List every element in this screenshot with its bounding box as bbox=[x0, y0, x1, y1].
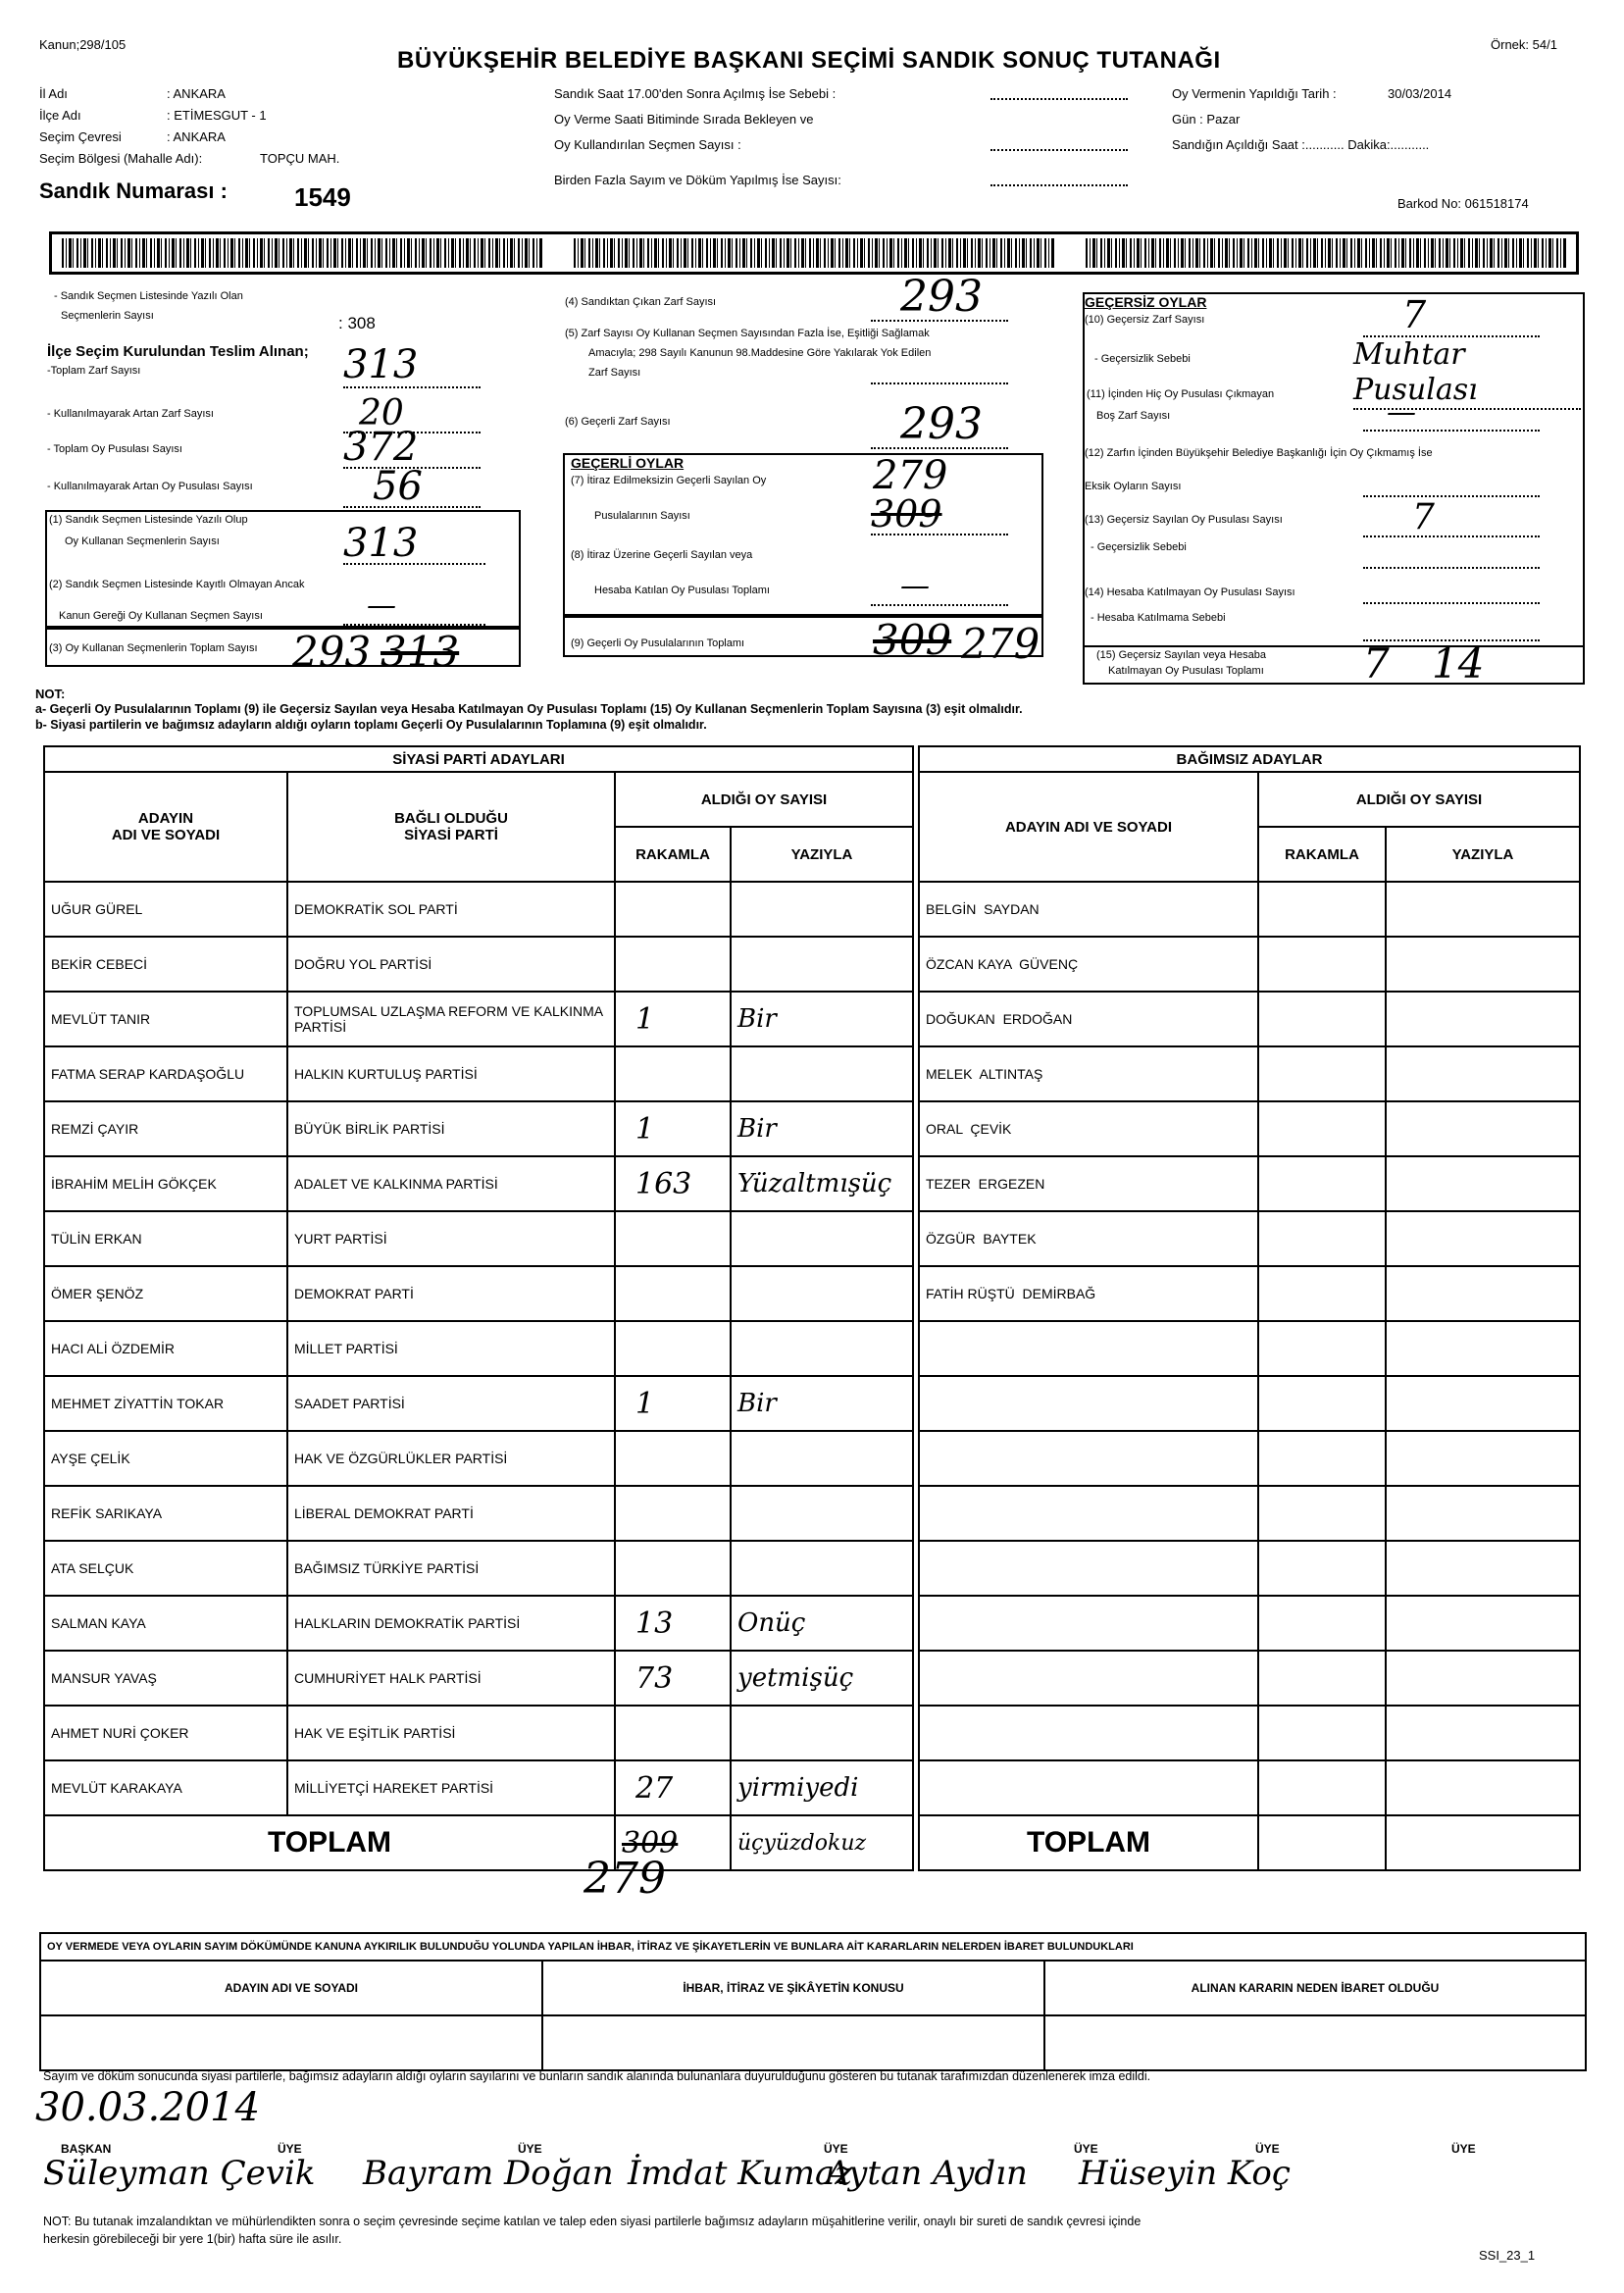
party-table-row: MEVLÜT KARAKAYAMİLLİYETÇİ HAREKET PARTİS… bbox=[44, 1760, 913, 1815]
item14-field bbox=[1363, 602, 1540, 604]
independent-table-row: MELEK ALTINTAŞ bbox=[919, 1046, 1580, 1101]
ind-votes-words bbox=[1386, 1760, 1580, 1815]
ind-votes-words bbox=[1386, 1651, 1580, 1706]
candidate-name: ÖMER ŞENÖZ bbox=[44, 1266, 287, 1321]
item1-label-1: (1) Sandık Seçmen Listesinde Yazılı Olup bbox=[49, 514, 248, 526]
ind-col-digits: RAKAMLA bbox=[1258, 827, 1386, 882]
item13-reason-field bbox=[1363, 567, 1540, 569]
ind-votes-digits bbox=[1258, 1760, 1386, 1815]
law-reference: Kanun;298/105 bbox=[39, 37, 126, 52]
independent-table-row bbox=[919, 1760, 1580, 1815]
votes-digits bbox=[615, 1431, 731, 1486]
party-table-row: MEHMET ZİYATTİN TOKARSAADET PARTİSİ1Bir bbox=[44, 1376, 913, 1431]
party-table-row: TÜLİN ERKANYURT PARTİSİ bbox=[44, 1211, 913, 1266]
party-table-row: BEKİR CEBECİDOĞRU YOL PARTİSİ bbox=[44, 937, 913, 992]
ind-candidate-name: TEZER ERGEZEN bbox=[919, 1156, 1258, 1211]
item2-value: — bbox=[343, 588, 485, 626]
day-label: Gün : Pazar bbox=[1172, 112, 1240, 127]
barcode-1 bbox=[62, 238, 542, 268]
signature-member-3: Aytan Aydın bbox=[826, 2154, 1028, 2193]
barcode-2 bbox=[574, 238, 1054, 268]
note-a: a- Geçerli Oy Pusulalarının Toplamı (9) … bbox=[35, 702, 1023, 716]
item11-label-1: (11) İçinden Hiç Oy Pusulası Çıkmayan bbox=[1087, 388, 1274, 400]
votes-words bbox=[731, 1321, 913, 1376]
signature-member-4: Hüseyin Koç bbox=[1079, 2154, 1291, 2193]
independent-table-row: ÖZCAN KAYA GÜVENÇ bbox=[919, 937, 1580, 992]
ind-votes-digits bbox=[1258, 1596, 1386, 1651]
candidate-name: MEHMET ZİYATTİN TOKAR bbox=[44, 1376, 287, 1431]
independent-table-row bbox=[919, 1651, 1580, 1706]
party-name: DEMOKRAT PARTİ bbox=[287, 1266, 615, 1321]
independent-table-row: FATİH RÜŞTÜ DEMİRBAĞ bbox=[919, 1266, 1580, 1321]
item10-label: (10) Geçersiz Zarf Sayısı bbox=[1085, 314, 1204, 326]
cevre-label: Seçim Çevresi bbox=[39, 129, 122, 144]
item10-value: 7 bbox=[1363, 294, 1540, 337]
party-table-row: AHMET NURİ ÇOKERHAK VE EŞİTLİK PARTİSİ bbox=[44, 1706, 913, 1760]
col-candidate-name: ADAYIN ADI VE SOYADI bbox=[44, 772, 287, 882]
ind-votes-digits bbox=[1258, 992, 1386, 1046]
col-candidate-name-1: ADAYIN bbox=[51, 810, 280, 827]
votes-digits bbox=[615, 937, 731, 992]
col-words: YAZIYLA bbox=[731, 827, 913, 882]
independent-table-row bbox=[919, 1431, 1580, 1486]
col-candidate-name-2: ADI VE SOYADI bbox=[51, 827, 280, 843]
bolge-value: TOPÇU MAH. bbox=[260, 151, 339, 166]
barcode-3 bbox=[1086, 238, 1566, 268]
item12-label-2: Eksik Oyların Sayısı bbox=[1085, 481, 1181, 492]
party-section-title: SİYASİ PARTİ ADAYLARI bbox=[44, 746, 913, 772]
party-name: TOPLUMSAL UZLAŞMA REFORM VE KALKINMA PAR… bbox=[287, 992, 615, 1046]
votes-digits bbox=[615, 1046, 731, 1101]
date-label: Oy Vermenin Yapıldığı Tarih : bbox=[1172, 86, 1337, 101]
item12-label-1: (12) Zarfın İçinden Büyükşehir Belediye … bbox=[1085, 447, 1433, 459]
independent-table-row: ÖZGÜR BAYTEK bbox=[919, 1211, 1580, 1266]
party-table-row: İBRAHİM MELİH GÖKÇEKADALET VE KALKINMA P… bbox=[44, 1156, 913, 1211]
recount-question: Birden Fazla Sayım ve Döküm Yapılmış İse… bbox=[554, 173, 841, 187]
votes-words: Bir bbox=[731, 1101, 913, 1156]
independent-table-row: DOĞUKAN ERDOĞAN bbox=[919, 992, 1580, 1046]
ind-votes-words bbox=[1386, 937, 1580, 992]
ind-candidate-name: FATİH RÜŞTÜ DEMİRBAĞ bbox=[919, 1266, 1258, 1321]
votes-words: yetmişüç bbox=[731, 1651, 913, 1706]
item3-value: 293 bbox=[292, 628, 371, 676]
votes-digits: 1 bbox=[615, 1376, 731, 1431]
footer-note-1: NOT: Bu tutanak imzalandıktan ve mühürle… bbox=[43, 2215, 1141, 2228]
item6-value: 293 bbox=[871, 402, 1008, 449]
party-table-row: MEVLÜT TANIRTOPLUMSAL UZLAŞMA REFORM VE … bbox=[44, 992, 913, 1046]
bolge-label: Seçim Bölgesi (Mahalle Adı): bbox=[39, 151, 202, 166]
candidate-name: TÜLİN ERKAN bbox=[44, 1211, 287, 1266]
party-name: HALKIN KURTULUŞ PARTİSİ bbox=[287, 1046, 615, 1101]
party-name: MİLLİYETÇİ HAREKET PARTİSİ bbox=[287, 1760, 615, 1815]
item9-label: (9) Geçerli Oy Pusulalarının Toplamı bbox=[571, 637, 744, 649]
item11-label-2: Boş Zarf Sayısı bbox=[1096, 410, 1170, 422]
ind-col-votes: ALDIĞI OY SAYISI bbox=[1258, 772, 1580, 827]
ind-votes-words bbox=[1386, 1046, 1580, 1101]
ind-col-candidate-name: ADAYIN ADI VE SOYADI bbox=[919, 772, 1258, 882]
form-code: SSI_23_1 bbox=[1479, 2248, 1535, 2263]
votes-digits: 1 bbox=[615, 1101, 731, 1156]
party-table-row: ÖMER ŞENÖZDEMOKRAT PARTİ bbox=[44, 1266, 913, 1321]
votes-digits: 27 bbox=[615, 1760, 731, 1815]
votes-digits bbox=[615, 1541, 731, 1596]
late-open-field bbox=[990, 98, 1128, 100]
item9-value: 279 bbox=[961, 620, 1040, 668]
candidate-name: FATMA SERAP KARDAŞOĞLU bbox=[44, 1046, 287, 1101]
votes-digits bbox=[615, 1266, 731, 1321]
ind-candidate-name bbox=[919, 1321, 1258, 1376]
independent-section-title: BAĞIMSIZ ADAYLAR bbox=[919, 746, 1580, 772]
votes-words bbox=[731, 1486, 913, 1541]
ind-votes-words bbox=[1386, 1431, 1580, 1486]
ind-candidate-name bbox=[919, 1431, 1258, 1486]
independent-table-row bbox=[919, 1706, 1580, 1760]
item9-struck-value: 309 bbox=[873, 616, 951, 664]
votes-words: Onüç bbox=[731, 1596, 913, 1651]
item10-reason-label: - Geçersizlik Sebebi bbox=[1094, 353, 1191, 365]
ind-total-words bbox=[1386, 1815, 1580, 1870]
ind-votes-words bbox=[1386, 1211, 1580, 1266]
ind-votes-words bbox=[1386, 1541, 1580, 1596]
ind-candidate-name bbox=[919, 1541, 1258, 1596]
ilce-value: : ETİMESGUT - 1 bbox=[167, 108, 267, 123]
item3-label: (3) Oy Kullanan Seçmenlerin Toplam Sayıs… bbox=[49, 642, 258, 654]
ind-votes-digits bbox=[1258, 1376, 1386, 1431]
independent-table-row bbox=[919, 1376, 1580, 1431]
candidate-name: REFİK SARIKAYA bbox=[44, 1486, 287, 1541]
party-name: ADALET VE KALKINMA PARTİSİ bbox=[287, 1156, 615, 1211]
votes-words bbox=[731, 1266, 913, 1321]
item7-label-2: Pusulalarının Sayısı bbox=[594, 510, 690, 522]
party-name: SAADET PARTİSİ bbox=[287, 1376, 615, 1431]
invalid-votes-heading: GEÇERSİZ OYLAR bbox=[1085, 294, 1206, 310]
ind-votes-words bbox=[1386, 1266, 1580, 1321]
barcode-number: Barkod No: 061518174 bbox=[1397, 196, 1529, 211]
ind-votes-words bbox=[1386, 992, 1580, 1046]
item13-label: (13) Geçersiz Sayılan Oy Pusulası Sayısı bbox=[1085, 514, 1283, 526]
votes-words: yirmiyedi bbox=[731, 1760, 913, 1815]
recount-field bbox=[990, 184, 1128, 186]
item6-label: (6) Geçerli Zarf Sayısı bbox=[565, 416, 671, 428]
item11-value: — bbox=[1363, 396, 1540, 432]
party-table-row: HACI ALİ ÖZDEMİRMİLLET PARTİSİ bbox=[44, 1321, 913, 1376]
item4-value: 293 bbox=[871, 275, 1008, 322]
total-envelopes-value: 313 bbox=[343, 343, 481, 388]
ind-candidate-name bbox=[919, 1596, 1258, 1651]
signature-member-1: Bayram Doğan bbox=[363, 2154, 614, 2193]
complaints-title: OY VERMEDE VEYA OYLARIN SAYIM DÖKÜMÜNDE … bbox=[40, 1933, 1586, 1961]
independent-table-row bbox=[919, 1541, 1580, 1596]
opened-time-label: Sandığın Açıldığı Saat :........... Daki… bbox=[1172, 137, 1429, 152]
barcode-strip bbox=[49, 231, 1579, 275]
votes-words bbox=[731, 937, 913, 992]
complaints-cell-name bbox=[40, 2015, 542, 2070]
candidate-name: MANSUR YAVAŞ bbox=[44, 1651, 287, 1706]
ind-votes-words bbox=[1386, 1596, 1580, 1651]
ind-candidate-name bbox=[919, 1760, 1258, 1815]
votes-words bbox=[731, 1046, 913, 1101]
independent-table-row bbox=[919, 1321, 1580, 1376]
valid-votes-heading: GEÇERLİ OYLAR bbox=[571, 455, 684, 471]
votes-words bbox=[731, 1431, 913, 1486]
party-name: HAK VE ÖZGÜRLÜKLER PARTİSİ bbox=[287, 1431, 615, 1486]
votes-digits: 13 bbox=[615, 1596, 731, 1651]
ind-votes-digits bbox=[1258, 1211, 1386, 1266]
complaints-table: OY VERMEDE VEYA OYLARIN SAYIM DÖKÜMÜNDE … bbox=[39, 1932, 1587, 2071]
party-name: YURT PARTİSİ bbox=[287, 1211, 615, 1266]
total-envelopes-label: -Toplam Zarf Sayısı bbox=[47, 365, 140, 377]
sandik-number: 1549 bbox=[294, 182, 351, 213]
votes-digits: 73 bbox=[615, 1651, 731, 1706]
received-heading: İlçe Seçim Kurulundan Teslim Alınan; bbox=[47, 343, 309, 360]
candidate-name: AYŞE ÇELİK bbox=[44, 1431, 287, 1486]
waiting-field bbox=[990, 149, 1128, 151]
ind-votes-digits bbox=[1258, 1486, 1386, 1541]
candidate-name: SALMAN KAYA bbox=[44, 1596, 287, 1651]
complaints-cell-decision bbox=[1044, 2015, 1586, 2070]
ind-votes-digits bbox=[1258, 937, 1386, 992]
ind-candidate-name: BELGİN SAYDAN bbox=[919, 882, 1258, 937]
date-value: 30/03/2014 bbox=[1388, 86, 1451, 101]
role-member-6: ÜYE bbox=[1451, 2142, 1476, 2156]
statement-text: Sayım ve döküm sonucunda siyasi partiler… bbox=[43, 2069, 1150, 2083]
votes-digits bbox=[615, 1486, 731, 1541]
ind-candidate-name bbox=[919, 1706, 1258, 1760]
candidate-name: BEKİR CEBECİ bbox=[44, 937, 287, 992]
col-party: BAĞLI OLDUĞU SİYASİ PARTİ bbox=[287, 772, 615, 882]
total-ballots-label: - Toplam Oy Pusulası Sayısı bbox=[47, 443, 182, 455]
independent-table-row: ORAL ÇEVİK bbox=[919, 1101, 1580, 1156]
note-b: b- Siyasi partilerin ve bağımsız adaylar… bbox=[35, 718, 707, 732]
ind-votes-words bbox=[1386, 1706, 1580, 1760]
party-table-row: SALMAN KAYAHALKLARIN DEMOKRATİK PARTİSİ1… bbox=[44, 1596, 913, 1651]
cevre-value: : ANKARA bbox=[167, 129, 226, 144]
party-table-row: REFİK SARIKAYALİBERAL DEMOKRAT PARTİ bbox=[44, 1486, 913, 1541]
party-table-row: MANSUR YAVAŞCUMHURİYET HALK PARTİSİ73yet… bbox=[44, 1651, 913, 1706]
document-title: BÜYÜKŞEHİR BELEDİYE BAŞKANI SEÇİMİ SANDI… bbox=[397, 47, 1221, 75]
item8-label-2: Hesaba Katılan Oy Pusulası Toplamı bbox=[594, 585, 770, 596]
votes-digits bbox=[615, 1706, 731, 1760]
total-ballots-value: 372 bbox=[343, 428, 481, 469]
item1-value: 313 bbox=[343, 524, 485, 565]
party-table-row: ATA SELÇUKBAĞIMSIZ TÜRKİYE PARTİSİ bbox=[44, 1541, 913, 1596]
party-name: MİLLET PARTİSİ bbox=[287, 1321, 615, 1376]
ind-votes-digits bbox=[1258, 1266, 1386, 1321]
party-table-row: REMZİ ÇAYIRBÜYÜK BİRLİK PARTİSİ1Bir bbox=[44, 1101, 913, 1156]
candidate-name: ATA SELÇUK bbox=[44, 1541, 287, 1596]
item8-label-1: (8) İtiraz Üzerine Geçerli Sayılan veya bbox=[571, 549, 752, 561]
item15-value: 7 bbox=[1363, 639, 1390, 688]
signature-chair: Süleyman Çevik bbox=[43, 2154, 315, 2193]
votes-digits bbox=[615, 1321, 731, 1376]
item8-value: — bbox=[871, 569, 1008, 606]
party-table-row: AYŞE ÇELİKHAK VE ÖZGÜRLÜKLER PARTİSİ bbox=[44, 1431, 913, 1486]
complaints-col-name: ADAYIN ADI VE SOYADI bbox=[40, 1961, 542, 2015]
ind-candidate-name bbox=[919, 1651, 1258, 1706]
ind-votes-digits bbox=[1258, 1156, 1386, 1211]
independent-table-row bbox=[919, 1596, 1580, 1651]
item14-label: (14) Hesaba Katılmayan Oy Pusulası Sayıs… bbox=[1085, 586, 1295, 598]
item5-label-1: (5) Zarf Sayısı Oy Kullanan Seçmen Sayıs… bbox=[565, 328, 930, 339]
item5-field bbox=[871, 382, 1008, 384]
item3-struck-value: 313 bbox=[381, 628, 459, 676]
ind-candidate-name: ÖZGÜR BAYTEK bbox=[919, 1211, 1258, 1266]
votes-digits: 163 bbox=[615, 1156, 731, 1211]
signature-member-2: İmdat Kumaz bbox=[628, 2154, 852, 2193]
ind-total-digits bbox=[1258, 1815, 1386, 1870]
independent-table-row bbox=[919, 1486, 1580, 1541]
votes-words: Yüzaltmışüç bbox=[731, 1156, 913, 1211]
ind-candidate-name: ÖZCAN KAYA GÜVENÇ bbox=[919, 937, 1258, 992]
item7-struck-value: 309 bbox=[871, 494, 1008, 535]
votes-words bbox=[731, 1706, 913, 1760]
complaints-cell-subject bbox=[542, 2015, 1044, 2070]
unused-ballots-value: 56 bbox=[343, 467, 481, 508]
candidate-name: İBRAHİM MELİH GÖKÇEK bbox=[44, 1156, 287, 1211]
ind-votes-digits bbox=[1258, 1321, 1386, 1376]
ind-total-label: TOPLAM bbox=[919, 1815, 1258, 1870]
party-name: HAK VE EŞİTLİK PARTİSİ bbox=[287, 1706, 615, 1760]
item13-reason-label: - Geçersizlik Sebebi bbox=[1091, 541, 1187, 553]
notes-title: NOT: bbox=[35, 687, 65, 701]
item7-label-1: (7) İtiraz Edilmeksizin Geçerli Sayılan … bbox=[571, 475, 766, 486]
party-total-words: üçyüzdokuz bbox=[731, 1815, 913, 1870]
item15-label-1: (15) Geçersiz Sayılan veya Hesaba bbox=[1096, 649, 1266, 661]
form-number: Örnek: 54/1 bbox=[1491, 37, 1557, 52]
candidate-name: MEVLÜT TANIR bbox=[44, 992, 287, 1046]
item15-struck-value: 14 bbox=[1432, 639, 1484, 688]
item5-label-3: Zarf Sayısı bbox=[588, 367, 640, 379]
ind-candidate-name bbox=[919, 1376, 1258, 1431]
votes-words: Bir bbox=[731, 992, 913, 1046]
ind-votes-words bbox=[1386, 1156, 1580, 1211]
party-name: DEMOKRATİK SOL PARTİ bbox=[287, 882, 615, 937]
ind-votes-words bbox=[1386, 1486, 1580, 1541]
ind-votes-words bbox=[1386, 1321, 1580, 1376]
party-name: BAĞIMSIZ TÜRKİYE PARTİSİ bbox=[287, 1541, 615, 1596]
votes-words bbox=[731, 882, 913, 937]
ind-votes-words bbox=[1386, 1376, 1580, 1431]
item1-label-2: Oy Kullanan Seçmenlerin Sayısı bbox=[65, 535, 220, 547]
ind-votes-words bbox=[1386, 1101, 1580, 1156]
party-name: HALKLARIN DEMOKRATİK PARTİSİ bbox=[287, 1596, 615, 1651]
ilce-label: İlçe Adı bbox=[39, 108, 81, 123]
independent-candidates-table: BAĞIMSIZ ADAYLAR ADAYIN ADI VE SOYADI AL… bbox=[918, 745, 1581, 1871]
registered-label-1: - Sandık Seçmen Listesinde Yazılı Olan bbox=[54, 290, 243, 302]
ind-votes-digits bbox=[1258, 1046, 1386, 1101]
item5-label-2: Amacıyla; 298 Sayılı Kanunun 98.Maddesin… bbox=[588, 347, 931, 359]
unused-envelopes-label: - Kullanılmayarak Artan Zarf Sayısı bbox=[47, 408, 214, 420]
candidate-name: REMZİ ÇAYIR bbox=[44, 1101, 287, 1156]
footer-note-2: herkesin görebileceği bir yere 1(bir) ha… bbox=[43, 2232, 341, 2246]
candidate-name: UĞUR GÜREL bbox=[44, 882, 287, 937]
candidate-name: HACI ALİ ÖZDEMİR bbox=[44, 1321, 287, 1376]
col-party-1: BAĞLI OLDUĞU bbox=[294, 810, 608, 827]
col-party-2: SİYASİ PARTİ bbox=[294, 827, 608, 843]
independent-table-row: TEZER ERGEZEN bbox=[919, 1156, 1580, 1211]
registered-value: : 308 bbox=[338, 314, 376, 333]
item4-label: (4) Sandıktan Çıkan Zarf Sayısı bbox=[565, 296, 716, 308]
ind-votes-words bbox=[1386, 882, 1580, 937]
item13-value: 7 bbox=[1363, 500, 1540, 537]
ind-candidate-name bbox=[919, 1486, 1258, 1541]
complaints-col-subject: İHBAR, İTİRAZ VE ŞİKÂYETİN KONUSU bbox=[542, 1961, 1044, 2015]
ind-col-words: YAZIYLA bbox=[1386, 827, 1580, 882]
item15-label-2: Katılmayan Oy Pusulası Toplamı bbox=[1108, 665, 1264, 677]
item2-label-2: Kanun Gereği Oy Kullanan Seçmen Sayısı bbox=[59, 610, 263, 622]
ind-votes-digits bbox=[1258, 882, 1386, 937]
sandik-label: Sandık Numarası : bbox=[39, 178, 228, 204]
il-label: İl Adı bbox=[39, 86, 68, 101]
ind-candidate-name: MELEK ALTINTAŞ bbox=[919, 1046, 1258, 1101]
party-name: CUMHURİYET HALK PARTİSİ bbox=[287, 1651, 615, 1706]
ind-votes-digits bbox=[1258, 1541, 1386, 1596]
il-value: : ANKARA bbox=[167, 86, 226, 101]
candidate-name: AHMET NURİ ÇOKER bbox=[44, 1706, 287, 1760]
item12-field bbox=[1363, 495, 1540, 497]
independent-table-row: BELGİN SAYDAN bbox=[919, 882, 1580, 937]
votes-words: Bir bbox=[731, 1376, 913, 1431]
waiting-question-1: Oy Verme Saati Bitiminde Sırada Bekleyen… bbox=[554, 112, 813, 127]
complaints-col-decision: ALINAN KARARIN NEDEN İBARET OLDUĞU bbox=[1044, 1961, 1586, 2015]
ind-candidate-name: ORAL ÇEVİK bbox=[919, 1101, 1258, 1156]
ind-votes-digits bbox=[1258, 1706, 1386, 1760]
party-name: LİBERAL DEMOKRAT PARTİ bbox=[287, 1486, 615, 1541]
late-open-question: Sandık Saat 17.00'den Sonra Açılmış İse … bbox=[554, 86, 836, 101]
votes-digits bbox=[615, 882, 731, 937]
col-votes: ALDIĞI OY SAYISI bbox=[615, 772, 913, 827]
votes-words bbox=[731, 1541, 913, 1596]
ind-votes-digits bbox=[1258, 1651, 1386, 1706]
party-table-row: UĞUR GÜRELDEMOKRATİK SOL PARTİ bbox=[44, 882, 913, 937]
item14-reason-label: - Hesaba Katılmama Sebebi bbox=[1091, 612, 1226, 624]
col-digits: RAKAMLA bbox=[615, 827, 731, 882]
party-name: DOĞRU YOL PARTİSİ bbox=[287, 937, 615, 992]
party-candidates-table: SİYASİ PARTİ ADAYLARI ADAYIN ADI VE SOYA… bbox=[43, 745, 914, 1871]
party-total-correction: 279 bbox=[584, 1854, 666, 1904]
ind-candidate-name: DOĞUKAN ERDOĞAN bbox=[919, 992, 1258, 1046]
item2-label-1: (2) Sandık Seçmen Listesinde Kayıtlı Olm… bbox=[49, 579, 304, 590]
candidate-name: MEVLÜT KARAKAYA bbox=[44, 1760, 287, 1815]
registered-label-2: Seçmenlerin Sayısı bbox=[61, 310, 154, 322]
votes-digits bbox=[615, 1211, 731, 1266]
ind-votes-digits bbox=[1258, 1431, 1386, 1486]
handwritten-date: 30.03.2014 bbox=[35, 2085, 260, 2130]
votes-words bbox=[731, 1211, 913, 1266]
votes-digits: 1 bbox=[615, 992, 731, 1046]
ind-votes-digits bbox=[1258, 1101, 1386, 1156]
party-total-label: TOPLAM bbox=[44, 1815, 615, 1870]
unused-ballots-label: - Kullanılmayarak Artan Oy Pusulası Sayı… bbox=[47, 481, 253, 492]
party-table-row: FATMA SERAP KARDAŞOĞLUHALKIN KURTULUŞ PA… bbox=[44, 1046, 913, 1101]
party-name: BÜYÜK BİRLİK PARTİSİ bbox=[287, 1101, 615, 1156]
waiting-question-2: Oy Kullandırılan Seçmen Sayısı : bbox=[554, 137, 741, 152]
